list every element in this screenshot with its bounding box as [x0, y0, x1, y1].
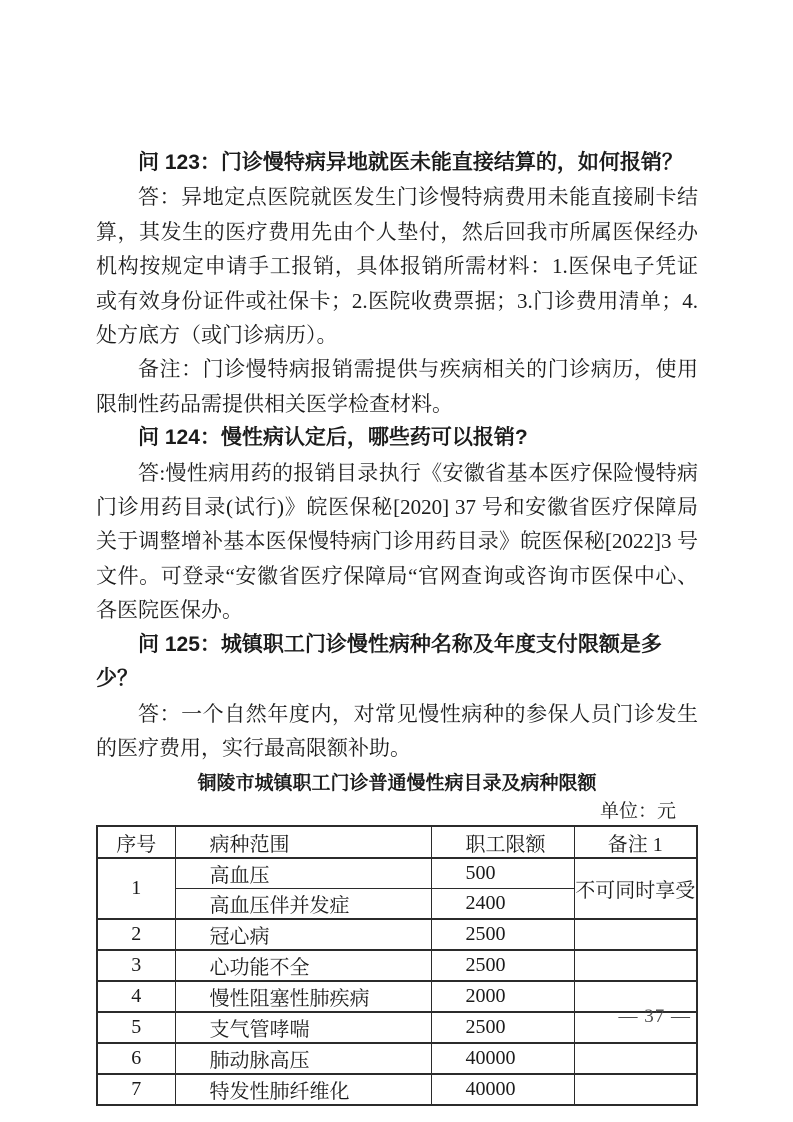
disease-cell: 支气管哮喘: [175, 1012, 431, 1043]
unit-label: 单位：元: [96, 799, 698, 825]
disease-cell: 肺动脉高压: [175, 1043, 431, 1074]
note-cell: 不可同时享受: [574, 858, 697, 919]
seq-cell: 4: [97, 981, 175, 1012]
table-title: 铜陵市城镇职工门诊普通慢性病目录及病种限额: [96, 769, 698, 799]
page-number: — 37 —: [619, 1006, 692, 1028]
limit-cell: 2400: [431, 889, 574, 920]
document-page: 问 123：门诊慢特病异地就医未能直接结算的，如何报销？ 答：异地定点医院就医发…: [0, 0, 793, 1122]
col-header-disease: 病种范围: [175, 826, 431, 858]
note-cell: [574, 950, 697, 981]
seq-cell: 1: [97, 858, 175, 919]
note-cell: [574, 919, 697, 950]
limit-cell: 2500: [431, 1012, 574, 1043]
table-header-row: 序号 病种范围 职工限额 备注 1: [97, 826, 697, 858]
table-row: 4 慢性阻塞性肺疾病 2000: [97, 981, 697, 1012]
limit-cell: 40000: [431, 1074, 574, 1105]
seq-cell: 5: [97, 1012, 175, 1043]
question-123: 问 123：门诊慢特病异地就医未能直接结算的，如何报销？: [96, 146, 698, 180]
disease-cell: 特发性肺纤维化: [175, 1074, 431, 1105]
limit-cell: 2000: [431, 981, 574, 1012]
col-header-seq: 序号: [97, 826, 175, 858]
col-header-limit: 职工限额: [431, 826, 574, 858]
table-row: 5 支气管哮喘 2500: [97, 1012, 697, 1043]
answer-123: 答：异地定点医院就医发生门诊慢特病费用未能直接刷卡结算，其发生的医疗费用先由个人…: [96, 180, 698, 352]
question-124: 问 124：慢性病认定后，哪些药可以报销?: [96, 421, 698, 455]
page-content: 问 123：门诊慢特病异地就医未能直接结算的，如何报销？ 答：异地定点医院就医发…: [96, 146, 698, 1106]
disease-cell: 高血压: [175, 858, 431, 889]
disease-cell: 心功能不全: [175, 950, 431, 981]
table-row: 6 肺动脉高压 40000: [97, 1043, 697, 1074]
note-123: 备注：门诊慢特病报销需提供与疾病相关的门诊病历，使用限制性药品需提供相关医学检查…: [96, 352, 698, 421]
answer-124: 答:慢性病用药的报销目录执行《安徽省基本医疗保险慢特病门诊用药目录(试行)》皖医…: [96, 456, 698, 628]
answer-125: 答：一个自然年度内，对常见慢性病种的参保人员门诊发生的医疗费用，实行最高限额补助…: [96, 697, 698, 766]
seq-cell: 2: [97, 919, 175, 950]
seq-cell: 6: [97, 1043, 175, 1074]
chronic-disease-limit-table: 序号 病种范围 职工限额 备注 1 1 高血压 500 不可同时享受 高血压伴并…: [96, 825, 698, 1106]
table-row: 7 特发性肺纤维化 40000: [97, 1074, 697, 1105]
table-row: 3 心功能不全 2500: [97, 950, 697, 981]
table-row: 1 高血压 500 不可同时享受: [97, 858, 697, 889]
note-cell: [574, 1043, 697, 1074]
seq-cell: 3: [97, 950, 175, 981]
disease-cell: 慢性阻塞性肺疾病: [175, 981, 431, 1012]
limit-cell: 500: [431, 858, 574, 889]
limit-cell: 40000: [431, 1043, 574, 1074]
table-row: 2 冠心病 2500: [97, 919, 697, 950]
disease-cell: 冠心病: [175, 919, 431, 950]
disease-cell: 高血压伴并发症: [175, 889, 431, 920]
limit-cell: 2500: [431, 919, 574, 950]
note-cell: [574, 1074, 697, 1105]
limit-cell: 2500: [431, 950, 574, 981]
col-header-note: 备注 1: [574, 826, 697, 858]
question-125: 问 125：城镇职工门诊慢性病种名称及年度支付限额是多少？: [96, 628, 698, 697]
seq-cell: 7: [97, 1074, 175, 1105]
